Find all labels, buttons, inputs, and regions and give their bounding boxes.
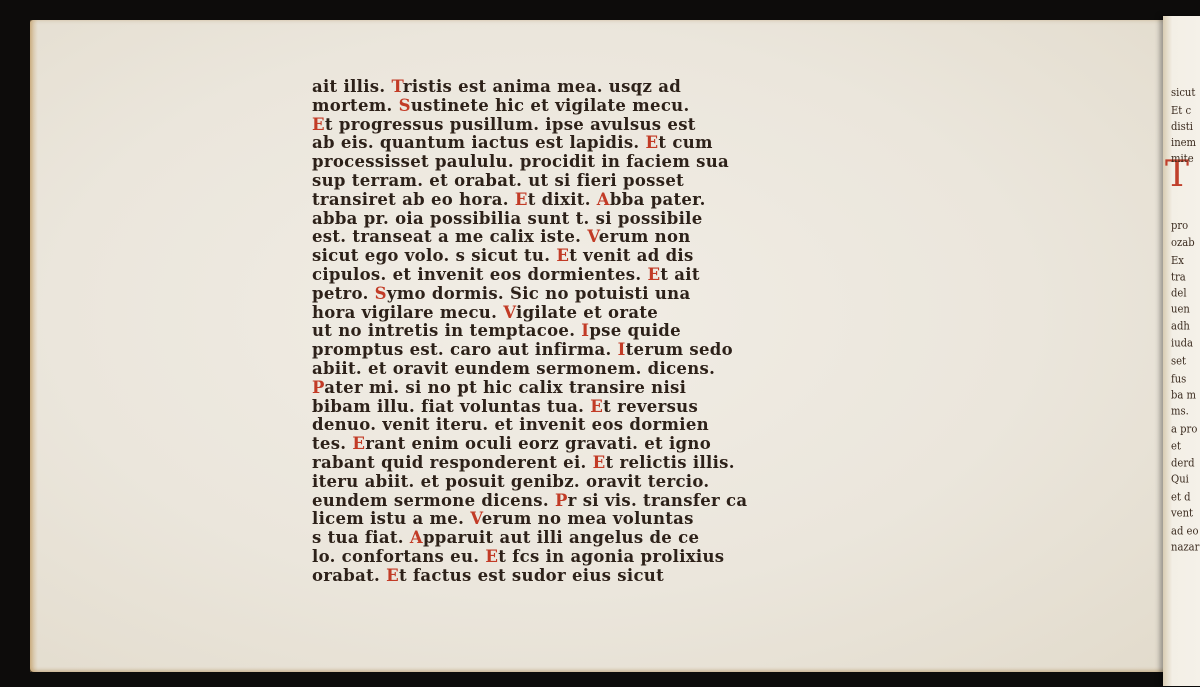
rubricated-initial: E — [647, 265, 660, 284]
manuscript-line: orabat. Et factus est sudor eius sicut — [312, 567, 1082, 586]
rubricated-initial: P — [555, 491, 568, 510]
next-page-line-fragment: Qui — [1171, 473, 1189, 485]
next-page-line-fragment: disti — [1171, 121, 1193, 133]
next-page-line-fragment: iuda — [1171, 337, 1193, 349]
manuscript-line: tes. Erant enim oculi eorz gravati. et i… — [312, 435, 1082, 454]
manuscript-text-block: ait illis. Tristis est anima mea. usqz a… — [312, 78, 1082, 586]
next-page-line-fragment: nazar — [1171, 541, 1199, 553]
next-page-line-fragment: et — [1171, 440, 1181, 452]
next-page-line-fragment: adh — [1171, 320, 1190, 332]
next-page-line-fragment: inem — [1171, 137, 1196, 149]
rubricated-initial: A — [597, 190, 610, 209]
next-page-line-fragment: derd — [1171, 457, 1195, 469]
next-page-line-fragment: a pro — [1171, 423, 1197, 435]
next-page-line-fragment: mite — [1171, 153, 1194, 165]
manuscript-line: Pater mi. si no pt hic calix transire ni… — [312, 379, 1082, 398]
manuscript-line: bibam illu. fiat voluntas tua. Et revers… — [312, 398, 1082, 417]
manuscript-line: iteru abiit. et posuit genibz. oravit te… — [312, 473, 1082, 492]
rubricated-initial: E — [556, 246, 569, 265]
next-page-line-fragment: tra — [1171, 271, 1186, 283]
rubricated-initial: V — [470, 509, 482, 528]
manuscript-line: denuo. venit iteru. et invenit eos dormi… — [312, 416, 1082, 435]
manuscript-line: processisset paululu. procidit in faciem… — [312, 153, 1082, 172]
manuscript-line: ut no intretis in temptacoe. Ipse quide — [312, 322, 1082, 341]
rubricated-initial: I — [618, 340, 626, 359]
manuscript-line: s tua fiat. Apparuit aut illi angelus de… — [312, 529, 1082, 548]
next-page-edge: T sicutEt cdistiinemmiteproozabExtradelu… — [1163, 16, 1200, 686]
rubricated-initial: E — [593, 453, 606, 472]
rubricated-initial: E — [352, 434, 365, 453]
manuscript-line: transiret ab eo hora. Et dixit. Abba pat… — [312, 191, 1082, 210]
manuscript-line: abiit. et oravit eundem sermonem. dicens… — [312, 360, 1082, 379]
manuscript-line: licem istu a me. Verum no mea voluntas — [312, 510, 1082, 529]
rubricated-initial: E — [485, 547, 498, 566]
next-page-line-fragment: pro — [1171, 220, 1188, 232]
rubricated-initial: P — [312, 378, 324, 397]
next-page-line-fragment: Ex — [1171, 255, 1184, 267]
manuscript-line: hora vigilare mecu. Vigilate et orate — [312, 304, 1082, 323]
manuscript-line: petro. Symo dormis. Sic no potuisti una — [312, 285, 1082, 304]
rubricated-initial: E — [515, 190, 528, 209]
rubricated-initial: E — [590, 397, 603, 416]
manuscript-line: rabant quid responderent ei. Et relictis… — [312, 454, 1082, 473]
next-page-line-fragment: set — [1171, 355, 1186, 367]
manuscript-line: promptus est. caro aut infirma. Iterum s… — [312, 341, 1082, 360]
manuscript-line: eundem sermone dicens. Pr si vis. transf… — [312, 492, 1082, 511]
rubricated-initial: E — [312, 115, 325, 134]
rubricated-initial: T — [391, 77, 402, 96]
manuscript-line: ab eis. quantum iactus est lapidis. Et c… — [312, 134, 1082, 153]
rubricated-initial: A — [410, 528, 423, 547]
next-page-line-fragment: vent — [1171, 507, 1193, 519]
next-page-line-fragment: Et c — [1171, 105, 1191, 117]
manuscript-line: abba pr. oia possibilia sunt t. si possi… — [312, 210, 1082, 229]
manuscript-line: mortem. Sustinete hic et vigilate mecu. — [312, 97, 1082, 116]
manuscript-line: ait illis. Tristis est anima mea. usqz a… — [312, 78, 1082, 97]
manuscript-line: sup terram. et orabat. ut si fieri posse… — [312, 172, 1082, 191]
rubricated-initial: E — [646, 133, 659, 152]
manuscript-line: sicut ego volo. s sicut tu. Et venit ad … — [312, 247, 1082, 266]
next-page-line-fragment: uen — [1171, 303, 1190, 315]
manuscript-line: Et progressus pusillum. ipse avulsus est — [312, 116, 1082, 135]
rubricated-initial: E — [386, 566, 399, 585]
next-page-line-fragment: ad eo — [1171, 525, 1198, 537]
rubricated-initial: S — [375, 284, 387, 303]
rubricated-initial: V — [503, 303, 516, 322]
manuscript-line: lo. confortans eu. Et fcs in agonia prol… — [312, 548, 1082, 567]
next-page-line-fragment: et d — [1171, 491, 1191, 503]
next-page-line-fragment: ba m — [1171, 389, 1196, 401]
rubricated-initial: I — [581, 321, 589, 340]
next-page-line-fragment: ozab — [1171, 237, 1195, 249]
next-page-line-fragment: sicut — [1171, 87, 1195, 99]
manuscript-line: cipulos. et invenit eos dormientes. Et a… — [312, 266, 1082, 285]
rubricated-initial: S — [399, 96, 411, 115]
next-page-line-fragment: del — [1171, 287, 1187, 299]
manuscript-line: est. transeat a me calix iste. Verum non — [312, 228, 1082, 247]
next-page-line-fragment: fus — [1171, 373, 1186, 385]
rubricated-initial: V — [587, 227, 599, 246]
next-page-line-fragment: ms. — [1171, 405, 1189, 417]
